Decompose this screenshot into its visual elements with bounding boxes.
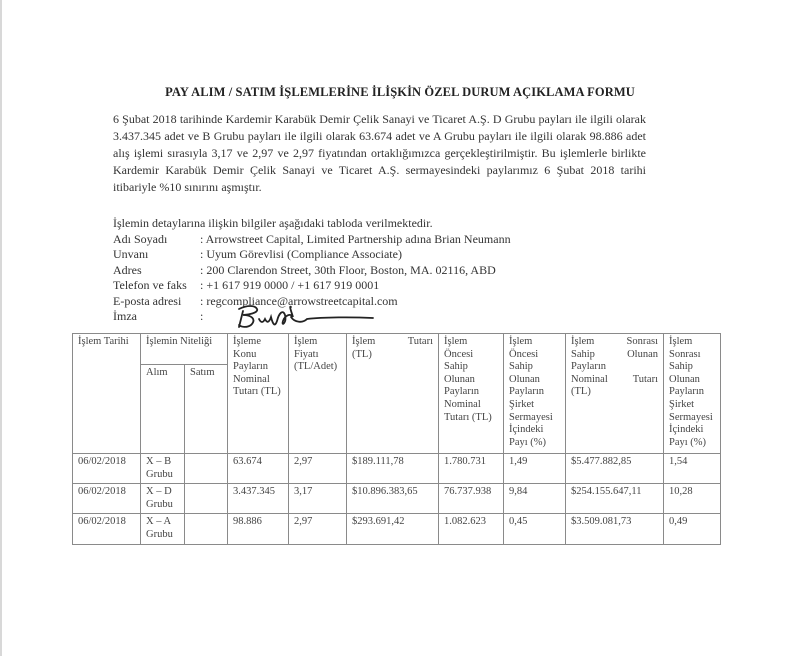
cell-sell xyxy=(185,514,228,544)
cell-buy: X – A Grubu xyxy=(141,514,185,544)
cell-date: 06/02/2018 xyxy=(73,484,141,514)
form-title: PAY ALIM / SATIM İŞLEMLERİNE İLİŞKİN ÖZE… xyxy=(0,85,800,100)
header-nature: İşlemin Niteliği xyxy=(141,334,228,365)
detail-value: : +1 617 919 0000 / +1 617 919 0001 xyxy=(200,278,379,294)
detail-value: : Uyum Görevlisi (Compliance Associate) xyxy=(200,247,402,263)
cell-buy: X – D Grubu xyxy=(141,484,185,514)
header-text: Sonrası xyxy=(627,336,659,349)
header-text: İşlem xyxy=(571,336,594,349)
cell-buy: X – B Grubu xyxy=(141,454,185,484)
cell-price: 2,97 xyxy=(289,454,347,484)
cell-before-share: 0,45 xyxy=(504,514,566,544)
detail-title: Unvanı : Uyum Görevlisi (Compliance Asso… xyxy=(113,247,511,263)
header-text: Olunan xyxy=(627,349,658,362)
cell-nominal: 98.886 xyxy=(228,514,289,544)
detail-value: : Arrowstreet Capital, Limited Partnersh… xyxy=(200,232,511,248)
detail-value: : 200 Clarendon Street, 30th Floor, Bost… xyxy=(200,263,496,279)
cell-before-share: 1,49 xyxy=(504,454,566,484)
cell-nominal: 3.437.345 xyxy=(228,484,289,514)
cell-after-share: 1,54 xyxy=(664,454,721,484)
table-row: 06/02/2018 X – B Grubu 63.674 2,97 $189.… xyxy=(73,454,721,484)
cell-before-nominal: 1.780.731 xyxy=(439,454,504,484)
cell-date: 06/02/2018 xyxy=(73,454,141,484)
detail-label: Unvanı xyxy=(113,247,200,263)
cell-after-nominal: $5.477.882,85 xyxy=(566,454,664,484)
signature-colon: : xyxy=(200,309,203,327)
detail-label: Adres xyxy=(113,263,200,279)
cell-after-share: 10,28 xyxy=(664,484,721,514)
detail-address: Adres : 200 Clarendon Street, 30th Floor… xyxy=(113,263,511,279)
detail-label: Telefon ve faks xyxy=(113,278,200,294)
details-intro: İşlemin detaylarına ilişkin bilgiler aşa… xyxy=(113,216,511,232)
detail-label: Adı Soyadı xyxy=(113,232,200,248)
cell-nominal: 63.674 xyxy=(228,454,289,484)
header-amount-unit: (TL) xyxy=(352,349,433,362)
header-text: (TL) xyxy=(571,386,658,399)
header-text: Tutarı xyxy=(633,374,658,387)
header-amount: İşlemTutarı (TL) xyxy=(347,334,439,454)
cell-sell xyxy=(185,484,228,514)
header-text: Nominal xyxy=(571,374,608,387)
header-sell: Satım xyxy=(185,365,228,454)
signature-icon xyxy=(233,301,383,331)
cell-amount: $189.111,78 xyxy=(347,454,439,484)
detail-signature: İmza : xyxy=(113,309,511,327)
cell-price: 3,17 xyxy=(289,484,347,514)
header-buy: Alım xyxy=(141,365,185,454)
header-after-share: İşlem Sonrası Sahip Olunan Payların Şirk… xyxy=(664,334,721,454)
cell-sell xyxy=(185,454,228,484)
cell-after-nominal: $3.509.081,73 xyxy=(566,514,664,544)
header-after-nominal: İşlemSonrası SahipOlunan Payların Nomina… xyxy=(566,334,664,454)
cell-before-share: 9,84 xyxy=(504,484,566,514)
details-block: İşlemin detaylarına ilişkin bilgiler aşa… xyxy=(113,216,511,327)
header-text: Sahip xyxy=(571,349,595,362)
cell-before-nominal: 1.082.623 xyxy=(439,514,504,544)
detail-label: E-posta adresi xyxy=(113,294,200,310)
header-amount-word1: İşlem xyxy=(352,336,375,349)
header-before-nominal: İşlem Öncesi Sahip Olunan Payların Nomin… xyxy=(439,334,504,454)
table-row: 06/02/2018 X – A Grubu 98.886 2,97 $293.… xyxy=(73,514,721,544)
detail-name: Adı Soyadı : Arrowstreet Capital, Limite… xyxy=(113,232,511,248)
cell-date: 06/02/2018 xyxy=(73,514,141,544)
table-header-row: İşlem Tarihi İşlemin Niteliği İşleme Kon… xyxy=(73,334,721,365)
cell-before-nominal: 76.737.938 xyxy=(439,484,504,514)
header-price: İşlem Fiyatı (TL/Adet) xyxy=(289,334,347,454)
cell-after-nominal: $254.155.647,11 xyxy=(566,484,664,514)
cell-price: 2,97 xyxy=(289,514,347,544)
header-amount-word2: Tutarı xyxy=(408,336,433,349)
cell-amount: $10.896.383,65 xyxy=(347,484,439,514)
intro-paragraph: 6 Şubat 2018 tarihinde Kardemir Karabük … xyxy=(113,111,646,196)
detail-phone: Telefon ve faks : +1 617 919 0000 / +1 6… xyxy=(113,278,511,294)
header-date: İşlem Tarihi xyxy=(73,334,141,454)
cell-after-share: 0,49 xyxy=(664,514,721,544)
header-before-share: İşlem Öncesi Sahip Olunan Payların Şirke… xyxy=(504,334,566,454)
cell-amount: $293.691,42 xyxy=(347,514,439,544)
header-text: Payların xyxy=(571,361,658,374)
table-row: 06/02/2018 X – D Grubu 3.437.345 3,17 $1… xyxy=(73,484,721,514)
header-nominal: İşleme Konu Payların Nominal Tutarı (TL) xyxy=(228,334,289,454)
signature-label: İmza xyxy=(113,309,200,327)
transactions-table: İşlem Tarihi İşlemin Niteliği İşleme Kon… xyxy=(72,333,721,545)
